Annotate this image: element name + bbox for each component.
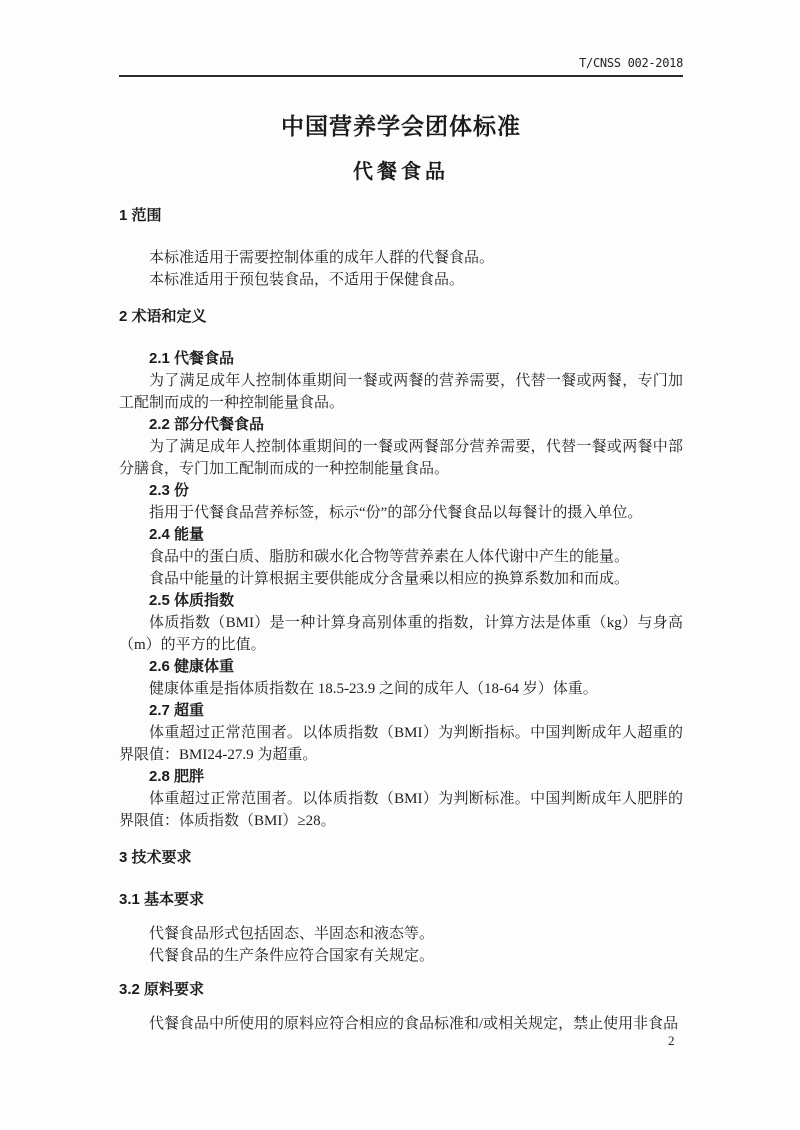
subsection-3-1-paragraph-2: 代餐食品的生产条件应符合国家有关规定。	[119, 945, 683, 967]
term-2-7-heading: 2.7 超重	[119, 700, 683, 722]
document-title: 中国营养学会团体标准	[119, 108, 683, 141]
term-2-8-heading: 2.8 肥胖	[119, 766, 683, 788]
term-2-6-paragraph: 健康体重是指体质指数在 18.5-23.9 之间的成年人（18-64 岁）体重。	[119, 678, 683, 700]
term-2-3-heading: 2.3 份	[119, 480, 683, 502]
term-2-7-paragraph: 体重超过正常范围者。以体质指数（BMI）为判断指标。中国判断成年人超重的界限值：…	[119, 722, 683, 766]
section-2-heading: 2 术语和定义	[119, 306, 683, 328]
document-subtitle: 代餐食品	[119, 155, 683, 184]
term-2-4-heading: 2.4 能量	[119, 524, 683, 546]
subsection-3-2-paragraph-1: 代餐食品中所使用的原料应符合相应的食品标准和/或相关规定，禁止使用非食品	[119, 1013, 683, 1035]
term-2-1-heading: 2.1 代餐食品	[119, 348, 683, 370]
standard-code: T/CNSS 002-2018	[579, 56, 683, 70]
subsection-3-2-heading: 3.2 原料要求	[119, 979, 683, 1001]
term-2-2-heading: 2.2 部分代餐食品	[119, 414, 683, 436]
term-2-5-heading: 2.5 体质指数	[119, 590, 683, 612]
section-1-paragraph-2: 本标准适用于预包装食品，不适用于保健食品。	[119, 269, 683, 291]
term-2-2-paragraph: 为了满足成年人控制体重期间的一餐或两餐部分营养需要，代替一餐或两餐中部分膳食，专…	[119, 436, 683, 480]
document-body: 1 范围 本标准适用于需要控制体重的成年人群的代餐食品。 本标准适用于预包装食品…	[119, 205, 683, 1035]
section-3-heading: 3 技术要求	[119, 847, 683, 869]
subsection-3-1-paragraph-1: 代餐食品形式包括固态、半固态和液态等。	[119, 923, 683, 945]
term-2-5-paragraph: 体质指数（BMI）是一种计算身高别体重的指数，计算方法是体重（kg）与身高（m）…	[119, 612, 683, 656]
document-page: T/CNSS 002-2018 中国营养学会团体标准 代餐食品 1 范围 本标准…	[0, 0, 800, 1130]
term-2-8-paragraph: 体重超过正常范围者。以体质指数（BMI）为判断标准。中国判断成年人肥胖的界限值：…	[119, 788, 683, 832]
term-2-4-paragraph-2: 食品中能量的计算根据主要供能成分含量乘以相应的换算系数加和而成。	[119, 568, 683, 590]
term-2-4-paragraph-1: 食品中的蛋白质、脂肪和碳水化合物等营养素在人体代谢中产生的能量。	[119, 546, 683, 568]
page-number: 2	[668, 1033, 675, 1049]
term-2-3-paragraph: 指用于代餐食品营养标签，标示“份”的部分代餐食品以每餐计的摄入单位。	[119, 502, 683, 524]
term-2-1-paragraph: 为了满足成年人控制体重期间一餐或两餐的营养需要，代替一餐或两餐，专门加工配制而成…	[119, 370, 683, 414]
term-2-6-heading: 2.6 健康体重	[119, 656, 683, 678]
section-1-heading: 1 范围	[119, 205, 683, 227]
header-rule	[119, 75, 683, 77]
section-1-paragraph-1: 本标准适用于需要控制体重的成年人群的代餐食品。	[119, 247, 683, 269]
subsection-3-1-heading: 3.1 基本要求	[119, 889, 683, 911]
